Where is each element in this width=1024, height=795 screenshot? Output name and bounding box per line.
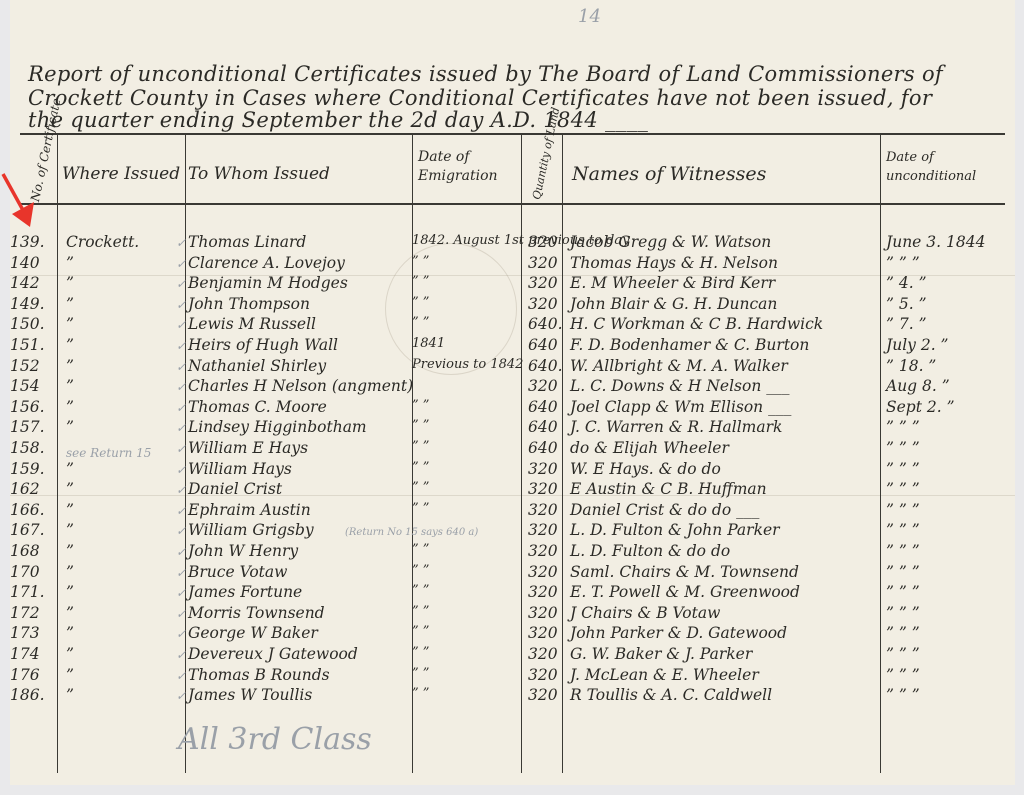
- witnesses: H. C Workman & C B. Hardwick: [570, 315, 823, 333]
- check-mark-icon: ✓: [176, 627, 186, 641]
- to-whom-issued: William E Hays: [188, 439, 308, 457]
- quantity-of-land: 640: [528, 336, 558, 354]
- quantity-of-land: 320: [528, 645, 558, 663]
- check-mark-icon: ✓: [176, 586, 186, 600]
- where-issued: ”: [66, 254, 74, 272]
- where-issued: ”: [66, 563, 74, 581]
- where-issued: ”: [66, 398, 74, 416]
- header-date-of-emigration: Date of Emigration: [418, 148, 518, 186]
- where-issued: ”: [66, 315, 74, 333]
- certificate-number: 156.: [10, 398, 45, 416]
- date-unconditional: ” ” ”: [886, 666, 1016, 684]
- witnesses: E. T. Powell & M. Greenwood: [570, 583, 800, 601]
- where-issued: ”: [66, 583, 74, 601]
- witnesses: Joel Clapp & Wm Ellison ___: [570, 398, 791, 416]
- witnesses: F. D. Bodenhamer & C. Burton: [570, 336, 809, 354]
- title-line-2: Crockett County in Cases where Condition…: [28, 86, 932, 110]
- where-issued: ”: [66, 274, 74, 292]
- certificate-number: 149.: [10, 295, 45, 313]
- date-of-emigration: ” ”: [412, 295, 520, 310]
- date-of-emigration: ” ”: [412, 480, 520, 495]
- certificate-number: 139.: [10, 233, 45, 251]
- table-row: 142”Benjamin M Hodges” ”320E. M Wheeler …: [10, 274, 1015, 294]
- table-row: 168”John W Henry” ”320L. D. Fulton & do …: [10, 542, 1015, 562]
- where-issued: ”: [66, 645, 74, 663]
- certificate-number: 162: [10, 480, 40, 498]
- check-mark-icon: ✓: [176, 566, 186, 580]
- date-of-emigration: ” ”: [412, 460, 520, 475]
- check-mark-icon: ✓: [176, 318, 186, 332]
- witnesses: W. Allbright & M. A. Walker: [570, 357, 788, 375]
- where-issued: ”: [66, 501, 74, 519]
- table-row: 139.Crockett.Thomas Linard1842. August 1…: [10, 233, 1015, 253]
- date-unconditional: ” ” ”: [886, 604, 1016, 622]
- header-bottom-rule: [20, 203, 1005, 205]
- to-whom-issued: Daniel Crist: [188, 480, 282, 498]
- check-mark-icon: ✓: [176, 442, 186, 456]
- quantity-of-land: 320: [528, 460, 558, 478]
- pencil-note-see-return: see Return 15: [66, 446, 151, 460]
- certificate-number: 171.: [10, 583, 45, 601]
- certificate-number: 157.: [10, 418, 45, 436]
- check-mark-icon: ✓: [176, 669, 186, 683]
- where-issued: ”: [66, 542, 74, 560]
- quantity-of-land: 320: [528, 233, 558, 251]
- table-row: 151.”Heirs of Hugh Wall 1841640F. D. Bod…: [10, 336, 1015, 356]
- where-issued: ”: [66, 686, 74, 704]
- check-mark-icon: ✓: [176, 380, 186, 394]
- date-unconditional: ” ” ”: [886, 480, 1016, 498]
- date-of-emigration: ” ”: [412, 398, 520, 413]
- to-whom-issued: Bruce Votaw: [188, 563, 287, 581]
- date-of-emigration: ” ”: [412, 418, 520, 433]
- to-whom-issued: Nathaniel Shirley: [188, 357, 326, 375]
- table-row: 186.”James W Toullis” ”320R Toullis & A.…: [10, 686, 1015, 706]
- header-to-whom-issued: To Whom Issued: [188, 165, 330, 184]
- check-mark-icon: ✓: [176, 236, 186, 250]
- witnesses: Saml. Chairs & M. Townsend: [570, 563, 799, 581]
- to-whom-issued: Thomas B Rounds: [188, 666, 330, 684]
- check-mark-icon: ✓: [176, 648, 186, 662]
- table-row: 172”Morris Townsend” ”320J Chairs & B Vo…: [10, 604, 1015, 624]
- date-unconditional: ” ” ”: [886, 645, 1016, 663]
- to-whom-issued: Devereux J Gatewood: [188, 645, 358, 663]
- date-unconditional: ” ” ”: [886, 460, 1016, 478]
- check-mark-icon: ✓: [176, 463, 186, 477]
- header-names-of-witnesses: Names of Witnesses: [572, 165, 766, 184]
- certificate-number: 151.: [10, 336, 45, 354]
- check-mark-icon: ✓: [176, 339, 186, 353]
- witnesses: J. McLean & E. Wheeler: [570, 666, 759, 684]
- where-issued: ”: [66, 480, 74, 498]
- witnesses: Daniel Crist & do do ___: [570, 501, 759, 519]
- date-unconditional: ” 7. ”: [886, 315, 1016, 333]
- table-row: 176”Thomas B Rounds” ”320J. McLean & E. …: [10, 666, 1015, 686]
- date-of-emigration: ” ”: [412, 254, 520, 269]
- table-row: 167.”William Grigsby320L. D. Fulton & Jo…: [10, 521, 1015, 541]
- where-issued: ”: [66, 336, 74, 354]
- date-unconditional: ” 5. ”: [886, 295, 1016, 313]
- to-whom-issued: John Thompson: [188, 295, 310, 313]
- where-issued: ”: [66, 624, 74, 642]
- certificate-number: 159.: [10, 460, 45, 478]
- to-whom-issued: George W Baker: [188, 624, 318, 642]
- date-unconditional: ” ” ”: [886, 418, 1016, 436]
- certificate-number: 154: [10, 377, 40, 395]
- date-of-emigration: Previous to 1842: [412, 357, 520, 372]
- certificate-number: 174: [10, 645, 40, 663]
- quantity-of-land: 320: [528, 295, 558, 313]
- table-row: 159.”William Hays” ”320W. E Hays. & do d…: [10, 460, 1015, 480]
- page-number: 14: [578, 6, 601, 27]
- date-unconditional: ” ” ”: [886, 439, 1016, 457]
- quantity-of-land: 320: [528, 542, 558, 560]
- quantity-of-land: 320: [528, 377, 558, 395]
- check-mark-icon: ✓: [176, 689, 186, 703]
- date-of-emigration: ” ”: [412, 563, 520, 578]
- header-date-unconditional: Date of unconditional: [886, 148, 1006, 186]
- certificate-number: 176: [10, 666, 40, 684]
- check-mark-icon: ✓: [176, 277, 186, 291]
- quantity-of-land: 320: [528, 274, 558, 292]
- where-issued: ”: [66, 604, 74, 622]
- quantity-of-land: 640.: [528, 315, 563, 333]
- witnesses: W. E Hays. & do do: [570, 460, 721, 478]
- to-whom-issued: John W Henry: [188, 542, 298, 560]
- witnesses: L. D. Fulton & John Parker: [570, 521, 780, 539]
- witnesses: J Chairs & B Votaw: [570, 604, 720, 622]
- witnesses: L. C. Downs & H Nelson ___: [570, 377, 790, 395]
- to-whom-issued: Lindsey Higginbotham: [188, 418, 367, 436]
- table-row: 140”Clarence A. Lovejoy” ”320Thomas Hays…: [10, 254, 1015, 274]
- header-top-rule: [20, 133, 1005, 135]
- certificate-number: 150.: [10, 315, 45, 333]
- where-issued: ”: [66, 418, 74, 436]
- check-mark-icon: ✓: [176, 504, 186, 518]
- date-of-emigration: ” ”: [412, 439, 520, 454]
- check-mark-icon: ✓: [176, 298, 186, 312]
- table-row: 157.”Lindsey Higginbotham” ”640J. C. War…: [10, 418, 1015, 438]
- quantity-of-land: 640.: [528, 357, 563, 375]
- pencil-note-footer: All 3rd Class: [178, 722, 372, 757]
- to-whom-issued: William Hays: [188, 460, 292, 478]
- to-whom-issued: James Fortune: [188, 583, 302, 601]
- certificate-number: 158.: [10, 439, 45, 457]
- check-mark-icon: ✓: [176, 401, 186, 415]
- witnesses: R Toullis & A. C. Caldwell: [570, 686, 772, 704]
- to-whom-issued: William Grigsby: [188, 521, 314, 539]
- table-row: 174”Devereux J Gatewood” ”320G. W. Baker…: [10, 645, 1015, 665]
- date-of-emigration: 1841: [412, 336, 520, 351]
- to-whom-issued: Charles H Nelson (angment): [188, 377, 413, 395]
- table-row: 171.”James Fortune” ”320E. T. Powell & M…: [10, 583, 1015, 603]
- to-whom-issued: Ephraim Austin: [188, 501, 311, 519]
- check-mark-icon: ✓: [176, 545, 186, 559]
- quantity-of-land: 320: [528, 686, 558, 704]
- table-row: 170”Bruce Votaw” ”320Saml. Chairs & M. T…: [10, 563, 1015, 583]
- check-mark-icon: ✓: [176, 360, 186, 374]
- quantity-of-land: 320: [528, 624, 558, 642]
- date-unconditional: ” 18. ”: [886, 357, 1016, 375]
- certificate-number: 186.: [10, 686, 45, 704]
- date-unconditional: ” 4. ”: [886, 274, 1016, 292]
- table-row: 156.”Thomas C. Moore” ”640Joel Clapp & W…: [10, 398, 1015, 418]
- witnesses: E Austin & C B. Huffman: [570, 480, 767, 498]
- date-unconditional: Aug 8. ”: [886, 377, 1016, 395]
- check-mark-icon: ✓: [176, 257, 186, 271]
- date-of-emigration: ” ”: [412, 542, 520, 557]
- quantity-of-land: 320: [528, 583, 558, 601]
- to-whom-issued: Clarence A. Lovejoy: [188, 254, 345, 272]
- certificate-number: 166.: [10, 501, 45, 519]
- pencil-note-grigsby: (Return No 15 says 640 a): [345, 527, 478, 538]
- quantity-of-land: 320: [528, 521, 558, 539]
- certificate-number: 173: [10, 624, 40, 642]
- quantity-of-land: 320: [528, 480, 558, 498]
- date-unconditional: June 3. 1844: [886, 233, 1016, 251]
- quantity-of-land: 640: [528, 439, 558, 457]
- table-row: 162”Daniel Crist” ”320E Austin & C B. Hu…: [10, 480, 1015, 500]
- table-row: 152”Nathaniel ShirleyPrevious to 1842640…: [10, 357, 1015, 377]
- quantity-of-land: 320: [528, 666, 558, 684]
- date-unconditional: ” ” ”: [886, 624, 1016, 642]
- certificate-number: 142: [10, 274, 40, 292]
- date-of-emigration: ” ”: [412, 624, 520, 639]
- witnesses: G. W. Baker & J. Parker: [570, 645, 752, 663]
- date-unconditional: July 2. ”: [886, 336, 1016, 354]
- date-unconditional: ” ” ”: [886, 254, 1016, 272]
- where-issued: ”: [66, 295, 74, 313]
- witnesses: do & Elijah Wheeler: [570, 439, 729, 457]
- date-unconditional: Sept 2. ”: [886, 398, 1016, 416]
- table-row: 173”George W Baker” ”320John Parker & D.…: [10, 624, 1015, 644]
- witnesses: John Blair & G. H. Duncan: [570, 295, 777, 313]
- witnesses: J. C. Warren & R. Hallmark: [570, 418, 782, 436]
- certificate-number: 172: [10, 604, 40, 622]
- table-row: 158.William E Hays” ”640 do & Elijah Whe…: [10, 439, 1015, 459]
- quantity-of-land: 320: [528, 604, 558, 622]
- check-mark-icon: ✓: [176, 607, 186, 621]
- date-unconditional: ” ” ”: [886, 583, 1016, 601]
- date-of-emigration: 1842. August 1st previous to day: [412, 233, 520, 248]
- red-arrow-icon: [0, 172, 60, 232]
- quantity-of-land: 320: [528, 563, 558, 581]
- check-mark-icon: ✓: [176, 421, 186, 435]
- table-row: 149.”John Thompson” ”320John Blair & G. …: [10, 295, 1015, 315]
- quantity-of-land: 320: [528, 254, 558, 272]
- date-of-emigration: ” ”: [412, 645, 520, 660]
- date-of-emigration: ” ”: [412, 315, 520, 330]
- to-whom-issued: Heirs of Hugh Wall: [188, 336, 338, 354]
- date-of-emigration: ” ”: [412, 604, 520, 619]
- check-mark-icon: ✓: [176, 524, 186, 538]
- date-of-emigration: ” ”: [412, 583, 520, 598]
- quantity-of-land: 320: [528, 501, 558, 519]
- title-line-1: Report of unconditional Certificates iss…: [28, 62, 943, 86]
- date-of-emigration: ” ”: [412, 274, 520, 289]
- where-issued: ”: [66, 357, 74, 375]
- date-unconditional: ” ” ”: [886, 563, 1016, 581]
- witnesses: E. M Wheeler & Bird Kerr: [570, 274, 775, 292]
- date-unconditional: ” ” ”: [886, 542, 1016, 560]
- certificate-number: 152: [10, 357, 40, 375]
- witnesses: L. D. Fulton & do do: [570, 542, 730, 560]
- table-row: 150.”Lewis M Russell” ”640.H. C Workman …: [10, 315, 1015, 335]
- table-row: 154”Charles H Nelson (angment)320L. C. D…: [10, 377, 1015, 397]
- witnesses: John Parker & D. Gatewood: [570, 624, 787, 642]
- to-whom-issued: Thomas Linard: [188, 233, 306, 251]
- date-of-emigration: ” ”: [412, 686, 520, 701]
- where-issued: Crockett.: [66, 233, 139, 251]
- date-of-emigration: ” ”: [412, 501, 520, 516]
- quantity-of-land: 640: [528, 418, 558, 436]
- to-whom-issued: Benjamin M Hodges: [188, 274, 348, 292]
- where-issued: ”: [66, 666, 74, 684]
- date-unconditional: ” ” ”: [886, 521, 1016, 539]
- witnesses: Thomas Hays & H. Nelson: [570, 254, 778, 272]
- witnesses: Jacob Gregg & W. Watson: [570, 233, 771, 251]
- date-of-emigration: ” ”: [412, 666, 520, 681]
- to-whom-issued: James W Toullis: [188, 686, 312, 704]
- certificate-number: 168: [10, 542, 40, 560]
- certificate-number: 170: [10, 563, 40, 581]
- date-unconditional: ” ” ”: [886, 501, 1016, 519]
- to-whom-issued: Lewis M Russell: [188, 315, 316, 333]
- certificate-number: 167.: [10, 521, 45, 539]
- check-mark-icon: ✓: [176, 483, 186, 497]
- date-unconditional: ” ” ”: [886, 686, 1016, 704]
- where-issued: ”: [66, 460, 74, 478]
- to-whom-issued: Thomas C. Moore: [188, 398, 327, 416]
- header-where-issued: Where Issued: [62, 165, 180, 184]
- quantity-of-land: 640: [528, 398, 558, 416]
- certificate-number: 140: [10, 254, 40, 272]
- table-row: 166.”Ephraim Austin” ”320Daniel Crist & …: [10, 501, 1015, 521]
- where-issued: ”: [66, 521, 74, 539]
- to-whom-issued: Morris Townsend: [188, 604, 325, 622]
- where-issued: ”: [66, 377, 74, 395]
